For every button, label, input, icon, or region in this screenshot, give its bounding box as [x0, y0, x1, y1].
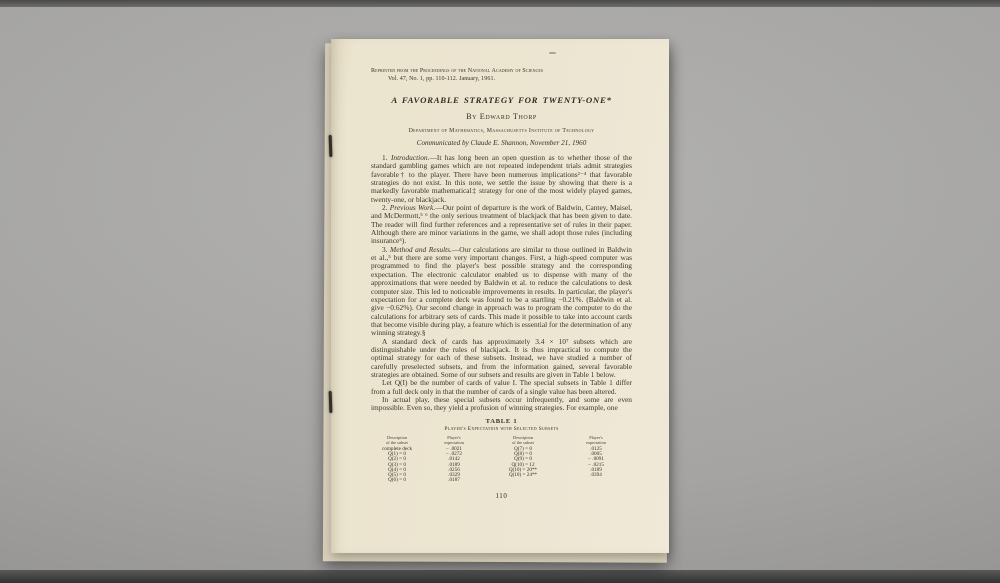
- table-cell: .0187: [423, 478, 485, 483]
- table-cell: Q(6) = 0: [371, 478, 423, 483]
- paragraph-previous-work: 2. Previous Work.—Our point of departure…: [371, 204, 632, 246]
- column-header-expectation-left: Player's expectation: [423, 435, 485, 447]
- photo-top-edge: [0, 0, 1000, 7]
- column-header-description-right: Description of the subset: [485, 435, 561, 447]
- column-header-expectation-right: Player's expectation: [561, 435, 631, 447]
- table-cell: [561, 478, 631, 483]
- page-number: 110: [371, 492, 632, 500]
- table-cell: [485, 478, 561, 483]
- staple-top: [329, 135, 333, 157]
- table-subtitle: Player's Expectation with Selected Subse…: [371, 426, 632, 432]
- column-header-description-left: Description of the subset: [371, 435, 423, 447]
- paragraph-method-results: 3. Method and Results.—Our calculations …: [371, 246, 632, 338]
- article-body: 1. Introduction.—It has long been an ope…: [371, 154, 632, 413]
- author-affiliation: Department of Mathematics, Massachusetts…: [371, 128, 632, 134]
- table-grid: Description of the subset Player's expec…: [371, 435, 632, 484]
- paragraph-text: —Our calculations are similar to those o…: [371, 245, 632, 337]
- paragraph-q-definition: Let Q(I) be the number of cards of value…: [371, 379, 632, 396]
- paragraph-text: In actual play, these special subsets oc…: [371, 395, 632, 412]
- communicated-line: Communicated by Claude E. Shannon, Novem…: [371, 139, 632, 147]
- paragraph-text: A standard deck of cards has approximate…: [371, 337, 632, 379]
- page-content: Reprinted from the Proceedings of the Na…: [371, 67, 632, 500]
- staple-bottom: [329, 391, 333, 413]
- reprint-source-line: Reprinted from the Proceedings of the Na…: [371, 67, 632, 75]
- photo-of-reprint: Reprinted from the Proceedings of the Na…: [0, 0, 1000, 583]
- table-caption: TABLE 1: [371, 418, 632, 425]
- reprint-volume-line: Vol. 47, No. 1, pp. 110-112. January, 19…: [388, 75, 632, 83]
- paragraph-text: —It has long been an open question as to…: [371, 153, 632, 204]
- table-1: TABLE 1 Player's Expectation with Select…: [371, 418, 632, 484]
- paragraph-subsets: A standard deck of cards has approximate…: [371, 338, 632, 380]
- paragraph-introduction: 1. Introduction.—It has long been an ope…: [371, 154, 632, 204]
- paper-smudge: [549, 52, 556, 54]
- reprint-notice: Reprinted from the Proceedings of the Na…: [371, 67, 632, 83]
- paper-page: Reprinted from the Proceedings of the Na…: [331, 39, 669, 553]
- photo-bottom-edge: [0, 570, 1000, 583]
- paragraph-actual-play: In actual play, these special subsets oc…: [371, 396, 632, 413]
- author-byline: By Edward Thorp: [371, 112, 632, 121]
- paragraph-text: Let Q(I) be the number of cards of value…: [371, 378, 632, 395]
- article-title: A FAVORABLE STRATEGY FOR TWENTY-ONE*: [371, 95, 632, 105]
